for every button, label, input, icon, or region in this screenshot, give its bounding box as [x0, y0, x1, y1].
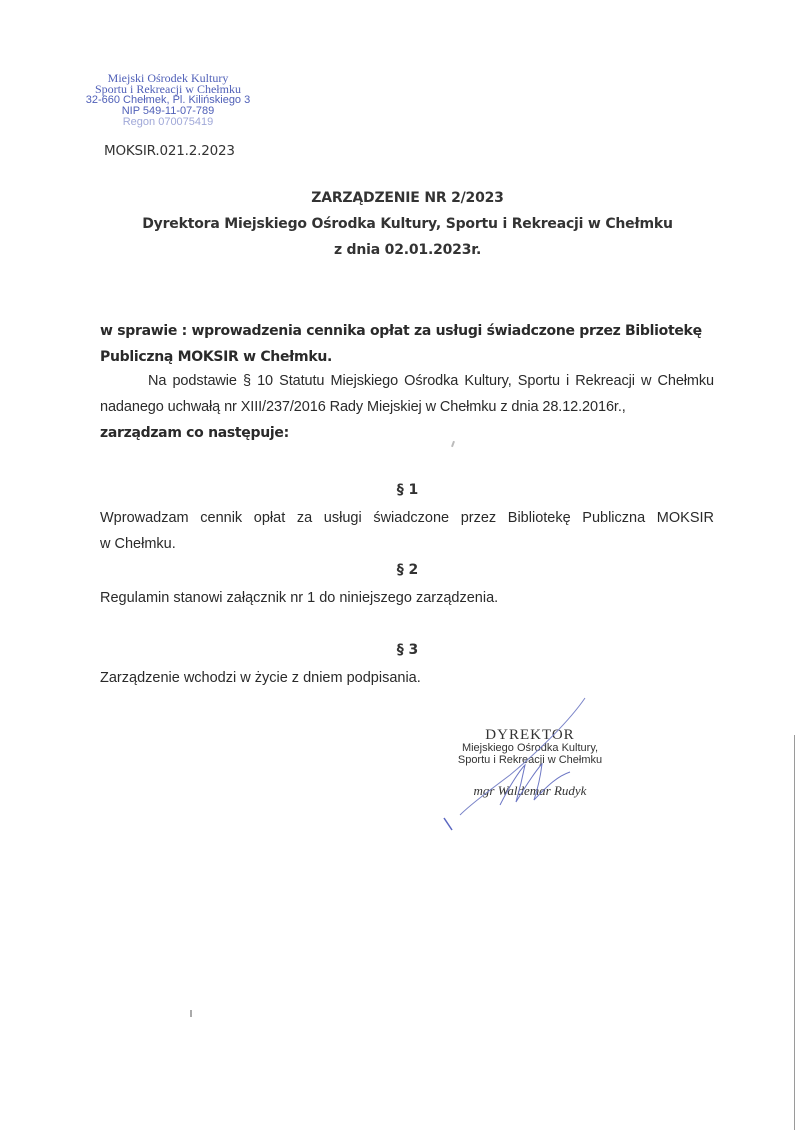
legal-basis: Na podstawie § 10 Statutu Miejskiego Ośr… [100, 368, 714, 446]
stamp-line: Regon 070075419 [78, 117, 258, 128]
section-2-label: § 2 [100, 562, 715, 578]
document-issuer: Dyrektora Miejskiego Ośrodka Kultury, Sp… [100, 216, 715, 232]
section-1-text: Wprowadzam cennik opłat za usługi świadc… [100, 505, 714, 531]
reference-number: MOKSIR.021.2.2023 [104, 143, 235, 159]
institution-stamp: Miejski Ośrodek Kultury Sportu i Rekreac… [78, 73, 258, 128]
page-edge-line [794, 735, 795, 1130]
handwritten-signature-icon [430, 690, 630, 840]
document-title: ZARZĄDZENIE NR 2/2023 [100, 190, 715, 206]
section-3-text: Zarządzenie wchodzi w życie z dniem podp… [100, 665, 714, 691]
section-3-label: § 3 [100, 642, 715, 658]
section-2-text: Regulamin stanowi załącznik nr 1 do nini… [100, 585, 714, 611]
decree-phrase: zarządzam co następuje: [100, 425, 289, 441]
document-subject: w sprawie : wprowadzenia cennika opłat z… [100, 318, 714, 370]
document-date: z dnia 02.01.2023r. [100, 242, 715, 258]
legal-basis-text: Na podstawie § 10 Statutu Miejskiego Ośr… [100, 373, 714, 415]
section-1-text-cont: w Chełmku. [100, 531, 714, 557]
scan-speck [190, 1010, 192, 1017]
section-1-label: § 1 [100, 482, 715, 498]
